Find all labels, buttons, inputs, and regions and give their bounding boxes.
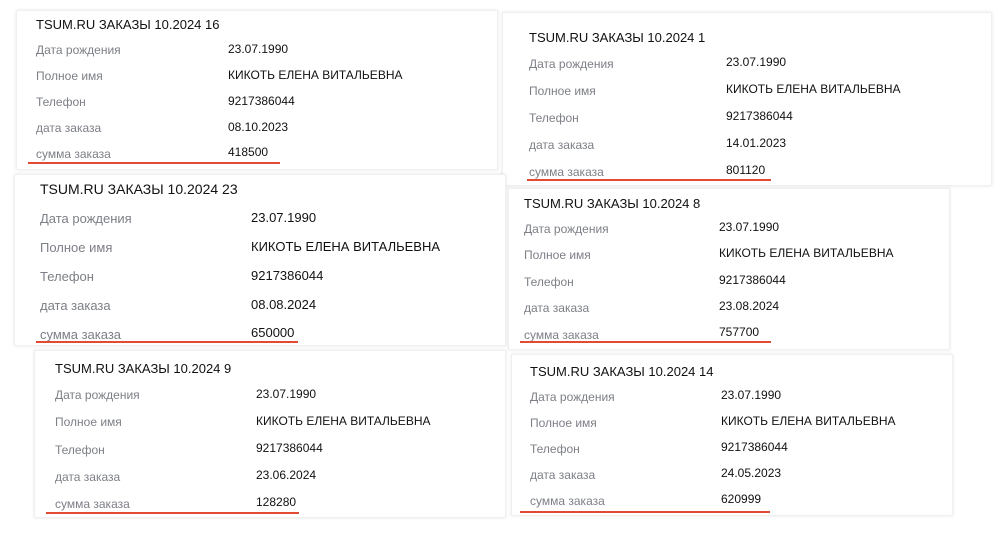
full-name-label: Полное имя: [524, 248, 591, 262]
birth-date-label: Дата рождения: [530, 390, 615, 404]
phone-label: Телефон: [524, 275, 574, 289]
full-name-value: КИКОТЬ ЕЛЕНА ВИТАЛЬЕВНА: [719, 246, 894, 260]
card-title: TSUM.RU ЗАКАЗЫ 10.2024 9: [55, 361, 231, 376]
phone-value: 9217386044: [251, 268, 323, 283]
highlight-underline: [520, 341, 771, 343]
highlight-underline: [28, 162, 280, 164]
highlight-underline: [46, 512, 299, 514]
phone-label: Телефон: [530, 442, 580, 456]
birth-date-value: 23.07.1990: [719, 220, 779, 234]
birth-date-label: Дата рождения: [36, 43, 121, 57]
order-date-label: дата заказа: [529, 138, 594, 152]
order-sum-value: 128280: [256, 495, 296, 509]
phone-label: Телефон: [40, 269, 94, 284]
full-name-label: Полное имя: [40, 240, 112, 255]
birth-date-value: 23.07.1990: [721, 388, 781, 402]
card-title: TSUM.RU ЗАКАЗЫ 10.2024 1: [529, 30, 705, 45]
card-title: TSUM.RU ЗАКАЗЫ 10.2024 14: [530, 364, 714, 379]
birth-date-value: 23.07.1990: [228, 42, 288, 56]
phone-value: 9217386044: [719, 273, 786, 287]
highlight-underline: [527, 179, 771, 181]
order-date-label: дата заказа: [530, 468, 595, 482]
full-name-value: КИКОТЬ ЕЛЕНА ВИТАЛЬЕВНА: [721, 414, 896, 428]
order-date-label: дата заказа: [55, 470, 120, 484]
order-sum-label: сумма заказа: [530, 494, 605, 508]
birth-date-label: Дата рождения: [524, 222, 609, 236]
phone-label: Телефон: [55, 443, 105, 457]
order-sum-label: сумма заказа: [524, 328, 599, 342]
order-card: TSUM.RU ЗАКАЗЫ 10.2024 1 Дата рождения 2…: [502, 12, 992, 186]
birth-date-label: Дата рождения: [529, 57, 614, 71]
phone-value: 9217386044: [256, 441, 323, 455]
order-card: TSUM.RU ЗАКАЗЫ 10.2024 16 Дата рождения …: [16, 10, 498, 170]
order-sum-value: 757700: [719, 325, 759, 339]
order-sum-label: сумма заказа: [36, 147, 111, 161]
order-date-value: 23.08.2024: [719, 299, 779, 313]
order-sum-label: сумма заказа: [55, 497, 130, 511]
order-card: TSUM.RU ЗАКАЗЫ 10.2024 8 Дата рождения 2…: [508, 188, 950, 350]
order-sum-label: сумма заказа: [40, 327, 121, 342]
highlight-underline: [36, 341, 298, 343]
order-date-value: 14.01.2023: [726, 136, 786, 150]
full-name-label: Полное имя: [529, 84, 596, 98]
birth-date-value: 23.07.1990: [256, 387, 316, 401]
order-sum-label: сумма заказа: [529, 165, 604, 179]
highlight-underline: [520, 511, 770, 513]
full-name-value: КИКОТЬ ЕЛЕНА ВИТАЛЬЕВНА: [228, 68, 403, 82]
order-card: TSUM.RU ЗАКАЗЫ 10.2024 9 Дата рождения 2…: [34, 350, 506, 518]
card-title: TSUM.RU ЗАКАЗЫ 10.2024 16: [36, 17, 220, 32]
full-name-value: КИКОТЬ ЕЛЕНА ВИТАЛЬЕВНА: [251, 239, 440, 254]
full-name-label: Полное имя: [530, 416, 597, 430]
full-name-value: КИКОТЬ ЕЛЕНА ВИТАЛЬЕВНА: [726, 82, 901, 96]
full-name-label: Полное имя: [55, 415, 122, 429]
order-date-value: 08.08.2024: [251, 297, 316, 312]
order-sum-value: 801120: [726, 163, 765, 177]
birth-date-label: Дата рождения: [55, 388, 140, 402]
full-name-label: Полное имя: [36, 69, 103, 83]
card-title: TSUM.RU ЗАКАЗЫ 10.2024 8: [524, 196, 700, 211]
order-card: TSUM.RU ЗАКАЗЫ 10.2024 14 Дата рождения …: [511, 354, 953, 516]
order-date-label: дата заказа: [36, 121, 101, 135]
order-date-label: дата заказа: [40, 298, 111, 313]
order-date-value: 08.10.2023: [228, 120, 288, 134]
order-date-label: дата заказа: [524, 301, 589, 315]
order-card: TSUM.RU ЗАКАЗЫ 10.2024 23 Дата рождения …: [14, 174, 506, 346]
birth-date-label: Дата рождения: [40, 211, 132, 226]
phone-value: 9217386044: [721, 440, 788, 454]
full-name-value: КИКОТЬ ЕЛЕНА ВИТАЛЬЕВНА: [256, 414, 431, 428]
phone-label: Телефон: [529, 111, 579, 125]
phone-label: Телефон: [36, 95, 86, 109]
birth-date-value: 23.07.1990: [726, 55, 786, 69]
order-date-value: 23.06.2024: [256, 468, 316, 482]
card-title: TSUM.RU ЗАКАЗЫ 10.2024 23: [40, 181, 238, 197]
phone-value: 9217386044: [228, 94, 295, 108]
order-sum-value: 418500: [228, 145, 268, 159]
birth-date-value: 23.07.1990: [251, 210, 316, 225]
order-sum-value: 650000: [251, 325, 294, 340]
phone-value: 9217386044: [726, 109, 793, 123]
order-sum-value: 620999: [721, 492, 761, 506]
order-date-value: 24.05.2023: [721, 466, 781, 480]
